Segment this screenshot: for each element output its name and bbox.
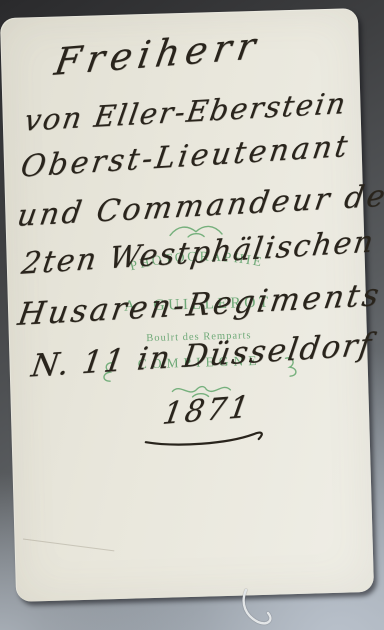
- handwriting-line-title: Freiherr: [52, 24, 265, 84]
- card-crease: [23, 538, 114, 551]
- carte-de-visite-back: PHOTOGRAPHIE A. GUILLEROT Boulrt des Rem…: [0, 8, 374, 602]
- handwriting-line-name: von Eller-Eberstein: [22, 86, 350, 138]
- handwriting-line-year: 1871: [160, 389, 254, 432]
- handwriting-line-rank: Oberst-Lieutenant: [18, 129, 352, 185]
- year-underline-flourish-icon: [141, 427, 272, 451]
- photo-of-card: PHOTOGRAPHIE A. GUILLEROT Boulrt des Rem…: [0, 0, 384, 630]
- thread-on-table: [238, 588, 290, 630]
